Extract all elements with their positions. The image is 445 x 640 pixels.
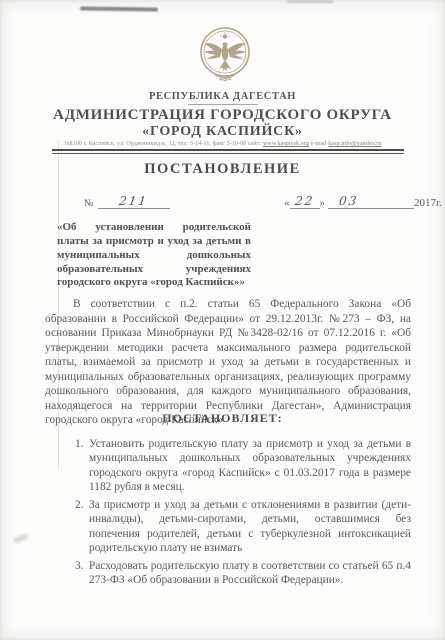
document-number: №211 [84, 194, 170, 209]
scan-artifact-smudge [14, 534, 29, 543]
website-link[interactable]: www.kaspiysk.org [263, 141, 309, 147]
resolution-items-list: 1. Установить родительскую плату за прис… [75, 437, 411, 591]
document-type-title: ПОСТАНОВЛЕНИЕ [0, 161, 445, 178]
list-item: 1. Установить родительскую плату за прис… [75, 437, 411, 495]
number-and-date-row: №211 «22»032017г. [0, 188, 445, 214]
list-item-text: За присмотр и уход за детьми с отклонени… [89, 498, 411, 556]
list-item-text: Расходовать родительскую плату в соответ… [89, 559, 411, 588]
list-item: 3. Расходовать родительскую плату в соот… [75, 559, 411, 588]
date-day-underline: 22 [290, 194, 320, 209]
administration-title-line1: АДМИНИСТРАЦИЯ ГОРОДСКОГО ОКРУГА [0, 107, 445, 124]
contact-email-label: e-mail [309, 141, 328, 147]
header-double-rule [52, 149, 404, 154]
scan-artifact-mark [80, 6, 158, 11]
scan-artifact-mark [287, 0, 333, 3]
number-underline: 211 [98, 194, 170, 209]
list-item: 2. За присмотр и уход за детьми с отклон… [75, 498, 411, 556]
date-year-label: 2017г. [414, 197, 442, 209]
preamble-paragraph: В соответствии с п.2. статьи 65 Федераль… [45, 297, 411, 428]
number-sign-label: № [84, 198, 94, 209]
date-close-quote: » [320, 197, 326, 209]
document-subject: «Об установлении родительской платы за п… [57, 221, 251, 290]
handwritten-day: 22 [294, 194, 315, 208]
handwritten-month: 03 [338, 194, 359, 208]
handwritten-number: 211 [118, 194, 149, 208]
list-item-number: 3. [75, 559, 89, 588]
short-divider-line [188, 104, 258, 105]
contact-address: 368300 г. Каспийск, ул. Орджоникидзе, 12… [63, 141, 263, 147]
document-date: «22»032017г. [284, 194, 442, 209]
date-month-underline: 03 [328, 194, 370, 209]
email-link[interactable]: kasp.info@yandex.ru [328, 141, 381, 147]
scanned-document-page: РЕСПУБЛИКА ДАГЕСТАН АДМИНИСТРАЦИЯ ГОРОДС… [0, 0, 445, 640]
contact-info-line: 368300 г. Каспийск, ул. Орджоникидзе, 12… [45, 141, 400, 147]
date-blank-underline [370, 208, 414, 209]
administration-title-line2: «ГОРОД КАСПИЙСК» [0, 124, 445, 140]
list-item-number: 2. [75, 498, 89, 556]
dagestan-coat-of-arms-icon [185, 23, 265, 87]
list-item-text: Установить родительскую плату за присмот… [89, 437, 411, 495]
resolves-heading: ПОСТАНОВЛЯЕТ: [0, 411, 445, 426]
list-item-number: 1. [75, 437, 89, 495]
republic-title: РЕСПУБЛИКА ДАГЕСТАН [0, 91, 445, 102]
